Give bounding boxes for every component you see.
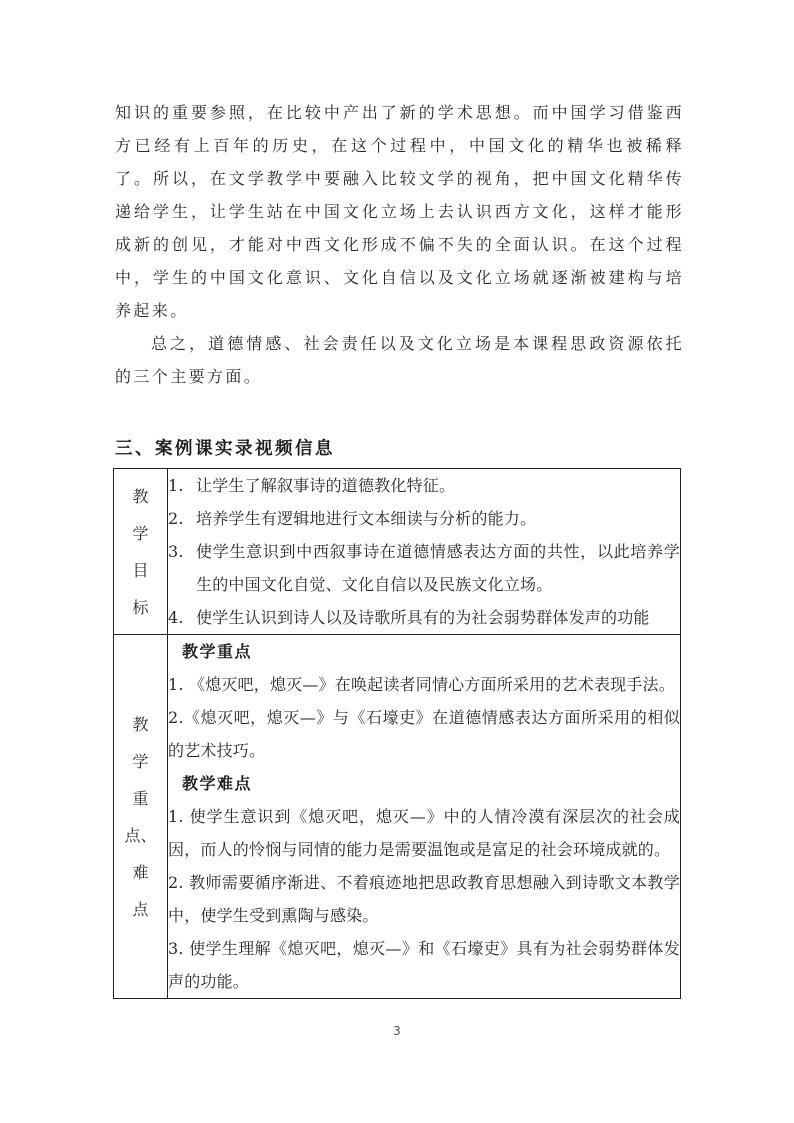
row-label-teaching-goals: 教 学 目 标 [114,469,168,635]
goal-item-text: 使学生认识到诗人以及诗歌所具有的为社会弱势群体发声的功能 [196,601,680,634]
goal-item: 3. 使学生意识到中西叙事诗在道德情感表达方面的共性，以此培养学生的中国文化自觉… [168,535,680,601]
row-label-char: 点、 [114,817,167,854]
goal-item-text: 让学生了解叙事诗的道德教化特征。 [196,469,680,502]
course-info-table: 教 学 目 标 1. 让学生了解叙事诗的道德教化特征。 2. 培养学生有逻辑地进… [113,468,681,999]
goal-item: 2. 培养学生有逻辑地进行文本细读与分析的能力。 [168,502,680,535]
goal-item: 4. 使学生认识到诗人以及诗歌所具有的为社会弱势群体发声的功能 [168,601,680,634]
goal-item-number: 1. [168,469,196,502]
teaching-goals-cell: 1. 让学生了解叙事诗的道德教化特征。 2. 培养学生有逻辑地进行文本细读与分析… [168,469,681,635]
key-point-item: 2.《熄灭吧，熄灭—》与《石壕吏》在道德情感表达方面所采用的相似的艺术技巧。 [168,701,680,767]
goal-item-number: 3. [168,535,196,601]
body-paragraph-1: 知识的重要参照，在比较中产出了新的学术思想。而中国学习借鉴西方已经有上百年的历史… [115,96,684,327]
goal-item-text: 培养学生有逻辑地进行文本细读与分析的能力。 [196,502,680,535]
section-heading: 三、案例课实录视频信息 [115,435,684,459]
row-label-char: 目 [114,552,167,589]
row-label-char: 难 [114,854,167,891]
goal-item-number: 2. [168,502,196,535]
document-page: 知识的重要参照，在比较中产出了新的学术思想。而中国学习借鉴西方已经有上百年的历史… [0,0,794,1123]
row-label-char: 标 [114,589,167,626]
row-label-focus-difficulties: 教 学 重 点、 难 点 [114,635,168,999]
row-label-char: 学 [114,743,167,780]
document-body: 知识的重要参照，在比较中产出了新的学术思想。而中国学习借鉴西方已经有上百年的历史… [115,96,684,999]
difficulty-item: 1. 使学生意识到《熄灭吧，熄灭—》中的人情冷漠有深层次的社会成因，而人的怜悯与… [168,800,680,866]
goal-item-text: 使学生意识到中西叙事诗在道德情感表达方面的共性，以此培养学生的中国文化自觉、文化… [196,535,680,601]
page-number: 3 [0,1022,794,1040]
row-label-char: 教 [114,478,167,515]
difficulty-item: 2. 教师需要循序渐进、不着痕迹地把思政教育思想融入到诗歌文本教学中，使学生受到… [168,866,680,932]
subsection-heading-difficulties: 教学难点 [168,767,680,800]
row-label-char: 学 [114,515,167,552]
difficulty-item: 3. 使学生理解《熄灭吧，熄灭—》和《石壕吏》具有为社会弱势群体发声的功能。 [168,932,680,998]
table-row-focus-difficulties: 教 学 重 点、 难 点 教学重点 1. 《熄灭吧，熄灭—》在唤起读者同情心方面… [114,635,681,999]
body-paragraph-2: 总之，道德情感、社会责任以及文化立场是本课程思政资源依托的三个主要方面。 [115,327,684,393]
subsection-heading-key-points: 教学重点 [168,635,680,668]
row-label-char: 教 [114,706,167,743]
row-label-char: 点 [114,891,167,928]
focus-difficulties-cell: 教学重点 1. 《熄灭吧，熄灭—》在唤起读者同情心方面所采用的艺术表现手法。 2… [168,635,681,999]
key-point-item: 1. 《熄灭吧，熄灭—》在唤起读者同情心方面所采用的艺术表现手法。 [168,668,680,701]
goal-item-number: 4. [168,601,196,634]
goal-item: 1. 让学生了解叙事诗的道德教化特征。 [168,469,680,502]
table-row-teaching-goals: 教 学 目 标 1. 让学生了解叙事诗的道德教化特征。 2. 培养学生有逻辑地进… [114,469,681,635]
row-label-char: 重 [114,780,167,817]
